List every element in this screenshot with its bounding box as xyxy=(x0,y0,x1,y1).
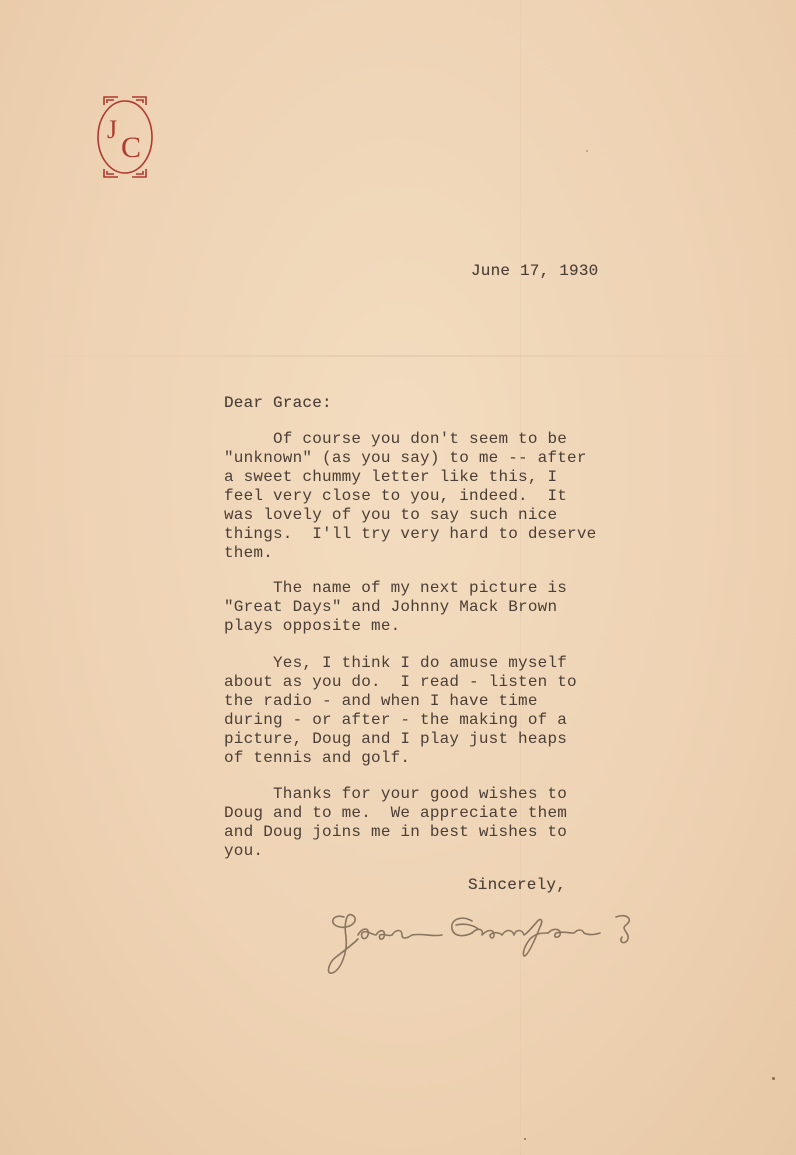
text-line: Doug and to me. We appreciate them xyxy=(224,804,567,823)
text-line: and Doug joins me in best wishes to xyxy=(224,823,567,842)
paper-speck xyxy=(772,1077,775,1080)
closing: Sincerely, xyxy=(468,876,566,895)
text-line: you. xyxy=(224,842,567,861)
text-line: "Great Days" and Johnny Mack Brown xyxy=(224,598,567,617)
text-line: Thanks for your good wishes to xyxy=(224,785,567,804)
text-line: "unknown" (as you say) to me -- after xyxy=(224,449,596,468)
letter-date: June 17, 1930 xyxy=(471,262,598,281)
paper-speck xyxy=(586,150,588,152)
text-line: picture, Doug and I play just heaps xyxy=(224,730,577,749)
paper-speck xyxy=(524,1138,526,1140)
text-line: feel very close to you, indeed. It xyxy=(224,487,596,506)
paper-fold-line xyxy=(0,355,796,357)
paragraph-3: Yes, I think I do amuse myself about as … xyxy=(224,654,577,768)
svg-text:J: J xyxy=(107,115,117,144)
text-line: things. I'll try very hard to deserve xyxy=(224,525,596,544)
salutation: Dear Grace: xyxy=(224,394,332,413)
text-line: plays opposite me. xyxy=(224,617,567,636)
paper-crease xyxy=(520,0,521,1155)
handwritten-signature xyxy=(322,905,647,980)
text-line: a sweet chummy letter like this, I xyxy=(224,468,596,487)
text-line: the radio - and when I have time xyxy=(224,692,577,711)
text-line: The name of my next picture is xyxy=(224,579,567,598)
svg-text:C: C xyxy=(121,131,141,164)
paragraph-4: Thanks for your good wishes to Doug and … xyxy=(224,785,567,861)
text-line: Of course you don't seem to be xyxy=(224,430,596,449)
letter-page: J C June 17, 1930 Dear Grace: Of course … xyxy=(0,0,796,1155)
paragraph-1: Of course you don't seem to be "unknown"… xyxy=(224,430,596,563)
text-line: Yes, I think I do amuse myself xyxy=(224,654,577,673)
paragraph-2: The name of my next picture is "Great Da… xyxy=(224,579,567,636)
text-line: of tennis and golf. xyxy=(224,749,577,768)
text-line: about as you do. I read - listen to xyxy=(224,673,577,692)
text-line: them. xyxy=(224,544,596,563)
text-line: was lovely of you to say such nice xyxy=(224,506,596,525)
text-line: during - or after - the making of a xyxy=(224,711,577,730)
jc-monogram-icon: J C xyxy=(94,93,156,181)
